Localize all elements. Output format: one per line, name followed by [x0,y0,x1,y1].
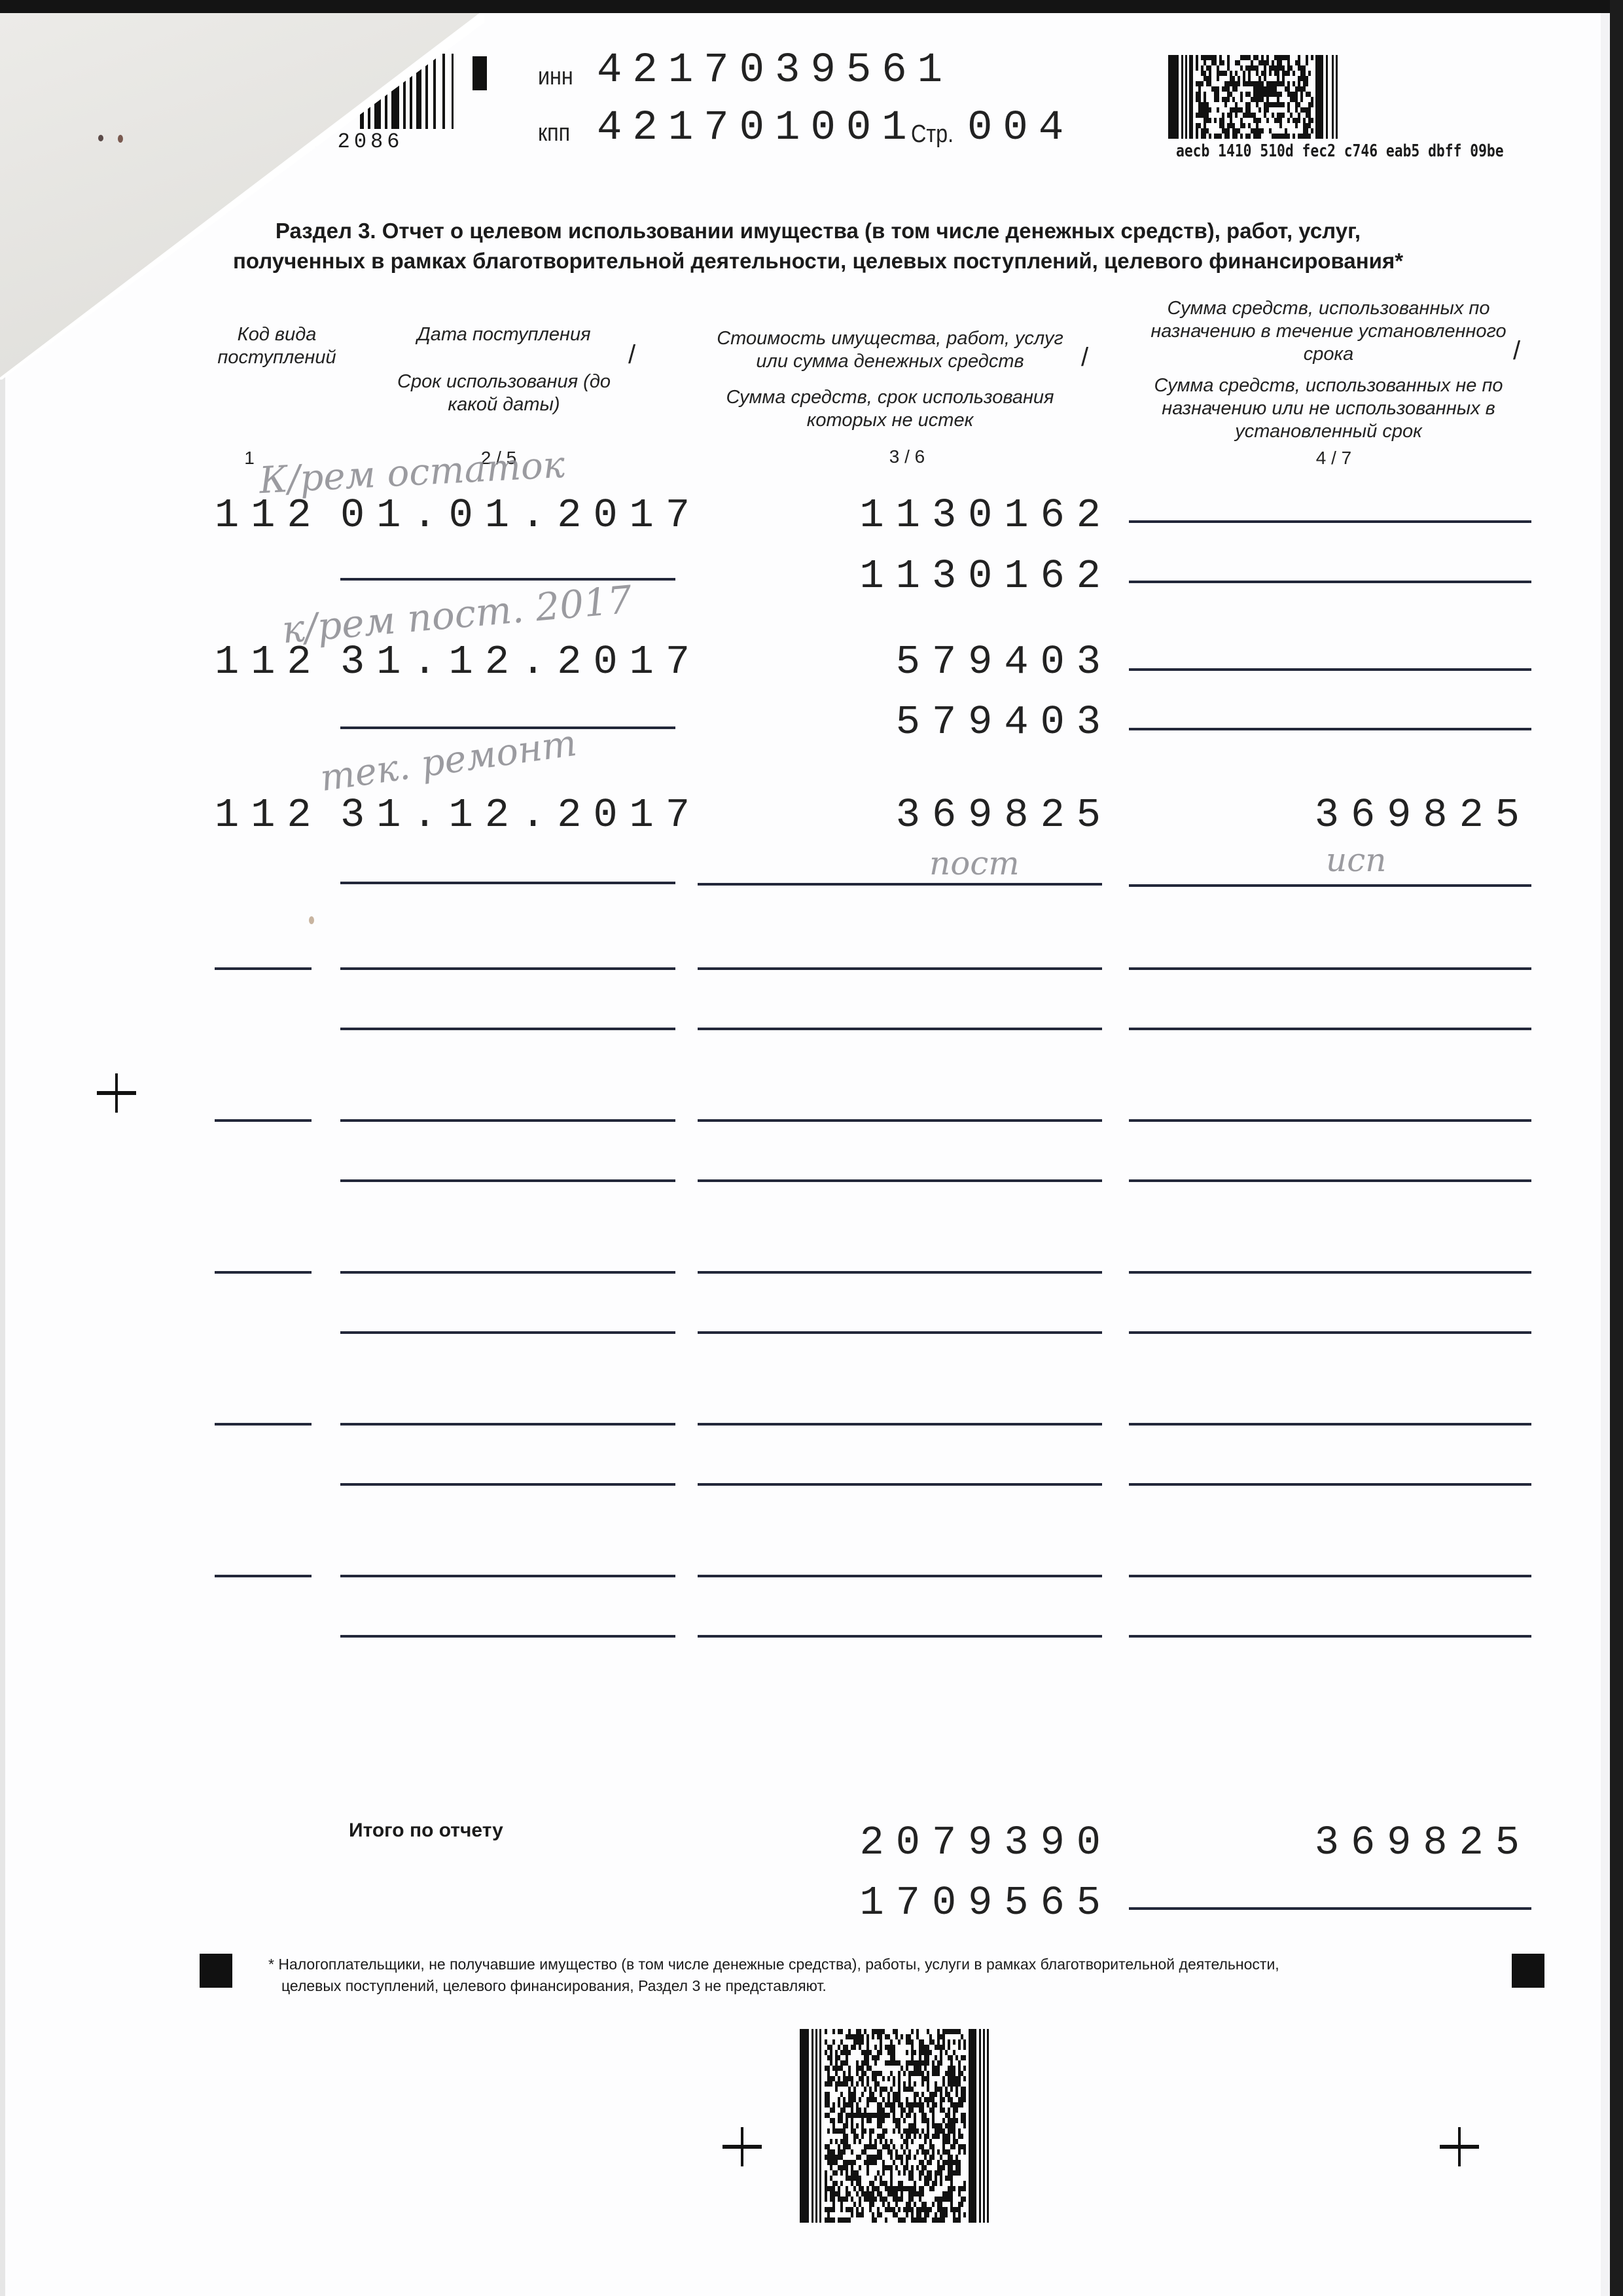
row-2-date: 31.12.2017 [340,639,702,685]
empty-row-1-code-line [215,967,312,970]
registration-cross [1440,2127,1479,2166]
pdf417-barcode-bottom [800,2029,990,2223]
footnote: * Налогоплательщики, не получавшие имуще… [268,1954,1446,1997]
row-1-used-line [1129,520,1531,523]
empty-row-1-used-line [1129,967,1531,970]
inn-label: ИНН [538,63,573,91]
row-3-misused-line [1129,884,1531,887]
empty-row-5-used-line [1129,1575,1531,1577]
empty-row-2-date-line [340,1119,675,1122]
empty-row-2-used-line [1129,1119,1531,1122]
empty-row-4-not-expired-line [698,1483,1102,1486]
empty-row-2-code-line [215,1119,312,1122]
barcode-hash: aecb 1410 510d fec2 c746 eab5 dbff 09be [1176,141,1504,161]
empty-row-3-code-line [215,1271,312,1274]
total-not-expired: 1709565 [851,1880,1113,1926]
row-2-term-line [340,726,675,729]
row-2-used-line [1129,668,1531,671]
column-number-1: 1 [240,448,259,469]
empty-row-4-code-line [215,1423,312,1426]
empty-row-5-date-line [340,1575,675,1577]
empty-row-3-value-line [698,1271,1102,1274]
row-1-value: 1130162 [851,492,1113,539]
empty-row-5-term-line [340,1635,675,1638]
row-2-not-expired: 579403 [851,699,1113,745]
empty-row-5-code-line [215,1575,312,1577]
registration-cross [97,1073,136,1113]
handwritten-note: тек. ремонт [317,722,579,800]
total-label: Итого по отчету [349,1820,503,1842]
empty-row-3-date-line [340,1271,675,1274]
slash-separator: / [1513,336,1520,366]
alignment-marker [1512,1954,1544,1988]
empty-row-5-value-line [698,1575,1102,1577]
empty-row-2-not-expired-line [698,1179,1102,1182]
row-3-used: 369825 [1270,792,1531,838]
alignment-marker [200,1954,232,1988]
row-2-misused-line [1129,728,1531,730]
section-title-line-1: Раздел 3. Отчет о целевом использовании … [196,216,1440,246]
column-header-used: Сумма средств, использованных по назначе… [1139,297,1518,366]
scan-border-top [0,0,1623,13]
section-title-line-2: полученных в рамках благотворительной де… [196,246,1440,276]
empty-row-1-term-line [340,1028,675,1030]
page-label: Стр. [911,120,954,149]
empty-row-1-date-line [340,967,675,970]
inn-value: 4217039561 [597,47,953,94]
empty-row-2-term-line [340,1179,675,1182]
row-3-not-expired-line [698,883,1102,886]
row-3-code: 112 [215,792,323,838]
row-3-term-line [340,882,675,884]
stain [309,916,314,924]
row-1-date: 01.01.2017 [340,492,702,539]
total-used: 369825 [1270,1820,1531,1866]
empty-row-4-used-line [1129,1423,1531,1426]
column-header-not-expired: Сумма средств, срок использования которы… [707,386,1073,432]
scan-border-right [1610,0,1623,2296]
registration-cross [722,2127,762,2166]
column-header-code: Код вида поступлений [208,323,346,369]
row-1-code: 112 [215,492,323,539]
total-misused-line [1129,1907,1531,1910]
alignment-marker [473,56,487,90]
empty-row-5-misused-line [1129,1635,1531,1638]
empty-row-1-value-line [698,967,1102,970]
column-header-date: Дата поступления [393,323,615,346]
kpp-label: КПП [538,119,570,147]
kpp-value: 421701001 [597,105,918,152]
stain [98,135,103,141]
column-header-term: Срок использования (до какой даты) [393,370,615,416]
footnote-line-2: целевых поступлений, целевого финансиров… [268,1975,1446,1997]
slash-separator: / [628,340,635,370]
empty-row-4-term-line [340,1483,675,1486]
pdf417-barcode-top [1168,55,1338,139]
row-1-misused-line [1129,581,1531,583]
section-title: Раздел 3. Отчет о целевом использовании … [196,216,1440,276]
column-header-misused: Сумма средств, использованных не по назн… [1113,374,1544,443]
empty-row-2-value-line [698,1119,1102,1122]
empty-row-5-not-expired-line [698,1635,1102,1638]
empty-row-3-not-expired-line [698,1331,1102,1334]
empty-row-4-misused-line [1129,1483,1531,1486]
empty-row-4-value-line [698,1423,1102,1426]
row-1-not-expired: 1130162 [851,553,1113,600]
total-value: 2079390 [851,1820,1113,1866]
empty-row-3-used-line [1129,1271,1531,1274]
empty-row-3-term-line [340,1331,675,1334]
row-2-value: 579403 [851,639,1113,685]
empty-row-2-misused-line [1129,1179,1531,1182]
row-2-code: 112 [215,639,323,685]
page-number: 004 [967,105,1074,152]
empty-row-1-not-expired-line [698,1028,1102,1030]
handwritten-note: исп [1326,841,1386,879]
column-number-3: 3 / 6 [874,446,940,467]
empty-row-1-misused-line [1129,1028,1531,1030]
handwritten-note: пост [929,844,1020,882]
row-3-date: 31.12.2017 [340,792,702,838]
stain [118,135,123,143]
paper-edge [1601,13,1610,2296]
footnote-line-1: * Налогоплательщики, не получавшие имуще… [268,1954,1446,1975]
row-3-value: 369825 [851,792,1113,838]
column-header-value: Стоимость имущества, работ, услуг или су… [707,327,1073,373]
column-number-4: 4 / 7 [1301,448,1366,469]
paper-edge-left [0,367,5,2296]
document-page: 01 2086 ИНН 4217039561 КПП 421701001 Стр… [0,0,1623,2296]
empty-row-4-date-line [340,1423,675,1426]
slash-separator: / [1081,343,1088,372]
empty-row-3-misused-line [1129,1331,1531,1334]
